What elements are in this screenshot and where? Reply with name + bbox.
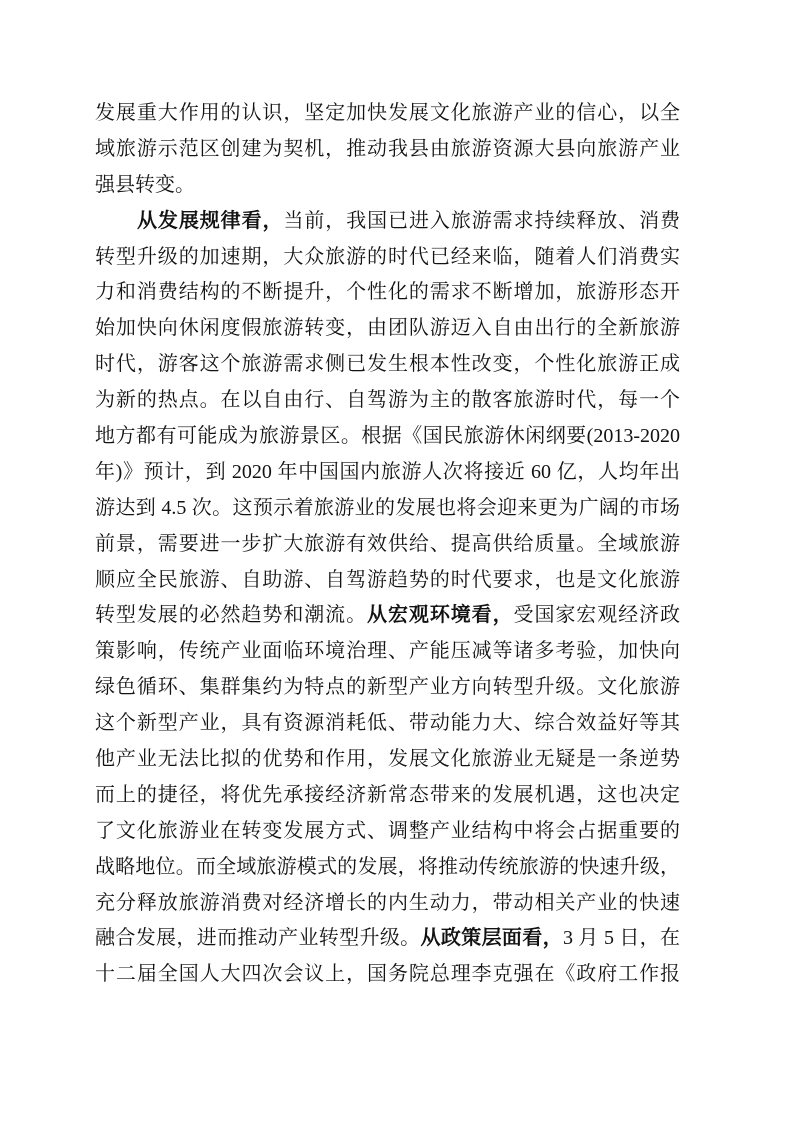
text-run: 当前，我国已进入旅游需求持续释放、消费 <box>283 210 680 232</box>
text-line-23: 充分释放旅游消费对经济增长的内生动力，带动相关产业的快速 <box>95 886 680 922</box>
text-line-11: 年)》预计，到 2020 年中国国内旅游人次将接近 60 亿，人均年出 <box>95 455 680 491</box>
text-line-7: 始加快向休闲度假旅游转变，由团队游迈入自由出行的全新旅游 <box>95 311 680 347</box>
text-line-2: 域旅游示范区创建为契机，推动我县由旅游资源大县向旅游产业 <box>95 132 680 168</box>
text-run: 他产业无法比拟的优势和作用，发展文化旅游业无疑是一条逆势 <box>95 748 680 770</box>
text-run: 受国家宏观经济政 <box>514 604 680 626</box>
text-run: 前景，需要进一步扩大旅游有效供给、提高供给质量。全域旅游 <box>95 533 680 555</box>
text-line-24: 融合发展，进而推动产业转型升级。从政策层面看，3 月 5 日，在 <box>95 921 680 957</box>
text-line-1: 发展重大作用的认识，坚定加快发展文化旅游产业的信心，以全 <box>95 96 680 132</box>
text-line-8: 时代，游客这个旅游需求侧已发生根本性改变，个性化旅游正成 <box>95 347 680 383</box>
text-run: 而上的捷径，将优先承接经济新常态带来的发展机遇，这也决定 <box>95 784 680 806</box>
text-run: 策影响，传统产业面临环境治理、产能压减等诸多考验，加快向 <box>95 640 680 662</box>
text-line-25: 十二届全国人大四次会议上，国务院总理李克强在《政府工作报 <box>95 957 680 993</box>
text-run: 战略地位。而全域旅游模式的发展，将推动传统旅游的快速升级， <box>95 856 680 878</box>
document-page: 发展重大作用的认识，坚定加快发展文化旅游产业的信心，以全域旅游示范区创建为契机，… <box>0 0 793 1122</box>
text-run: 力和消费结构的不断提升，个性化的需求不断增加，旅游形态开 <box>95 281 680 303</box>
text-line-16: 策影响，传统产业面临环境治理、产能压减等诸多考验，加快向 <box>95 634 680 670</box>
text-run: 游达到 4.5 次。这预示着旅游业的发展也将会迎来更为广阔的市场 <box>95 497 680 519</box>
inline-bold-heading: 从宏观环境看， <box>367 604 513 626</box>
text-line-4: 从发展规律看，当前，我国已进入旅游需求持续释放、消费 <box>95 204 680 240</box>
inline-bold-heading: 从发展规律看， <box>137 210 283 232</box>
text-run: 融合发展，进而推动产业转型升级。 <box>95 927 421 949</box>
inline-bold-heading: 从政策层面看， <box>421 927 563 949</box>
text-line-10: 地方都有可能成为旅游景区。根据《国民旅游休闲纲要(2013-2020 <box>95 419 680 455</box>
text-run: 域旅游示范区创建为契机，推动我县由旅游资源大县向旅游产业 <box>95 138 680 160</box>
text-run: 转型升级的加速期，大众旅游的时代已经来临，随着人们消费实 <box>95 246 680 268</box>
document-body: 发展重大作用的认识，坚定加快发展文化旅游产业的信心，以全域旅游示范区创建为契机，… <box>95 96 680 993</box>
text-run: 始加快向休闲度假旅游转变，由团队游迈入自由出行的全新旅游 <box>95 317 680 339</box>
text-run: 强县转变。 <box>95 174 195 196</box>
text-line-20: 而上的捷径，将优先承接经济新常态带来的发展机遇，这也决定 <box>95 778 680 814</box>
text-run: 顺应全民旅游、自助游、自驾游趋势的时代要求，也是文化旅游 <box>95 569 680 591</box>
text-line-13: 前景，需要进一步扩大旅游有效供给、提高供给质量。全域旅游 <box>95 527 680 563</box>
text-run: 为新的热点。在以自由行、自驾游为主的散客旅游时代，每一个 <box>95 389 680 411</box>
text-run: 地方都有可能成为旅游景区。根据《国民旅游休闲纲要(2013-2020 <box>95 425 680 447</box>
text-run: 充分释放旅游消费对经济增长的内生动力，带动相关产业的快速 <box>95 892 680 914</box>
text-line-15: 转型发展的必然趋势和潮流。从宏观环境看，受国家宏观经济政 <box>95 598 680 634</box>
text-run: 时代，游客这个旅游需求侧已发生根本性改变，个性化旅游正成 <box>95 353 680 375</box>
text-run: 这个新型产业，具有资源消耗低、带动能力大、综合效益好等其 <box>95 712 680 734</box>
text-line-9: 为新的热点。在以自由行、自驾游为主的散客旅游时代，每一个 <box>95 383 680 419</box>
text-line-14: 顺应全民旅游、自助游、自驾游趋势的时代要求，也是文化旅游 <box>95 563 680 599</box>
text-run: 十二届全国人大四次会议上，国务院总理李克强在《政府工作报 <box>95 963 680 985</box>
text-line-5: 转型升级的加速期，大众旅游的时代已经来临，随着人们消费实 <box>95 240 680 276</box>
text-line-18: 这个新型产业，具有资源消耗低、带动能力大、综合效益好等其 <box>95 706 680 742</box>
text-line-3: 强县转变。 <box>95 168 680 204</box>
text-line-21: 了文化旅游业在转变发展方式、调整产业结构中将会占据重要的 <box>95 814 680 850</box>
text-run: 发展重大作用的认识，坚定加快发展文化旅游产业的信心，以全 <box>95 102 680 124</box>
text-run: 绿色循环、集群集约为特点的新型产业方向转型升级。文化旅游 <box>95 676 680 698</box>
text-line-22: 战略地位。而全域旅游模式的发展，将推动传统旅游的快速升级， <box>95 850 680 886</box>
text-line-6: 力和消费结构的不断提升，个性化的需求不断增加，旅游形态开 <box>95 275 680 311</box>
text-run: 了文化旅游业在转变发展方式、调整产业结构中将会占据重要的 <box>95 820 680 842</box>
text-line-19: 他产业无法比拟的优势和作用，发展文化旅游业无疑是一条逆势 <box>95 742 680 778</box>
text-line-17: 绿色循环、集群集约为特点的新型产业方向转型升级。文化旅游 <box>95 670 680 706</box>
text-run: 年)》预计，到 2020 年中国国内旅游人次将接近 60 亿，人均年出 <box>95 461 680 483</box>
text-run: 3 月 5 日，在 <box>563 927 680 949</box>
text-run: 转型发展的必然趋势和潮流。 <box>95 604 367 626</box>
text-line-12: 游达到 4.5 次。这预示着旅游业的发展也将会迎来更为广阔的市场 <box>95 491 680 527</box>
